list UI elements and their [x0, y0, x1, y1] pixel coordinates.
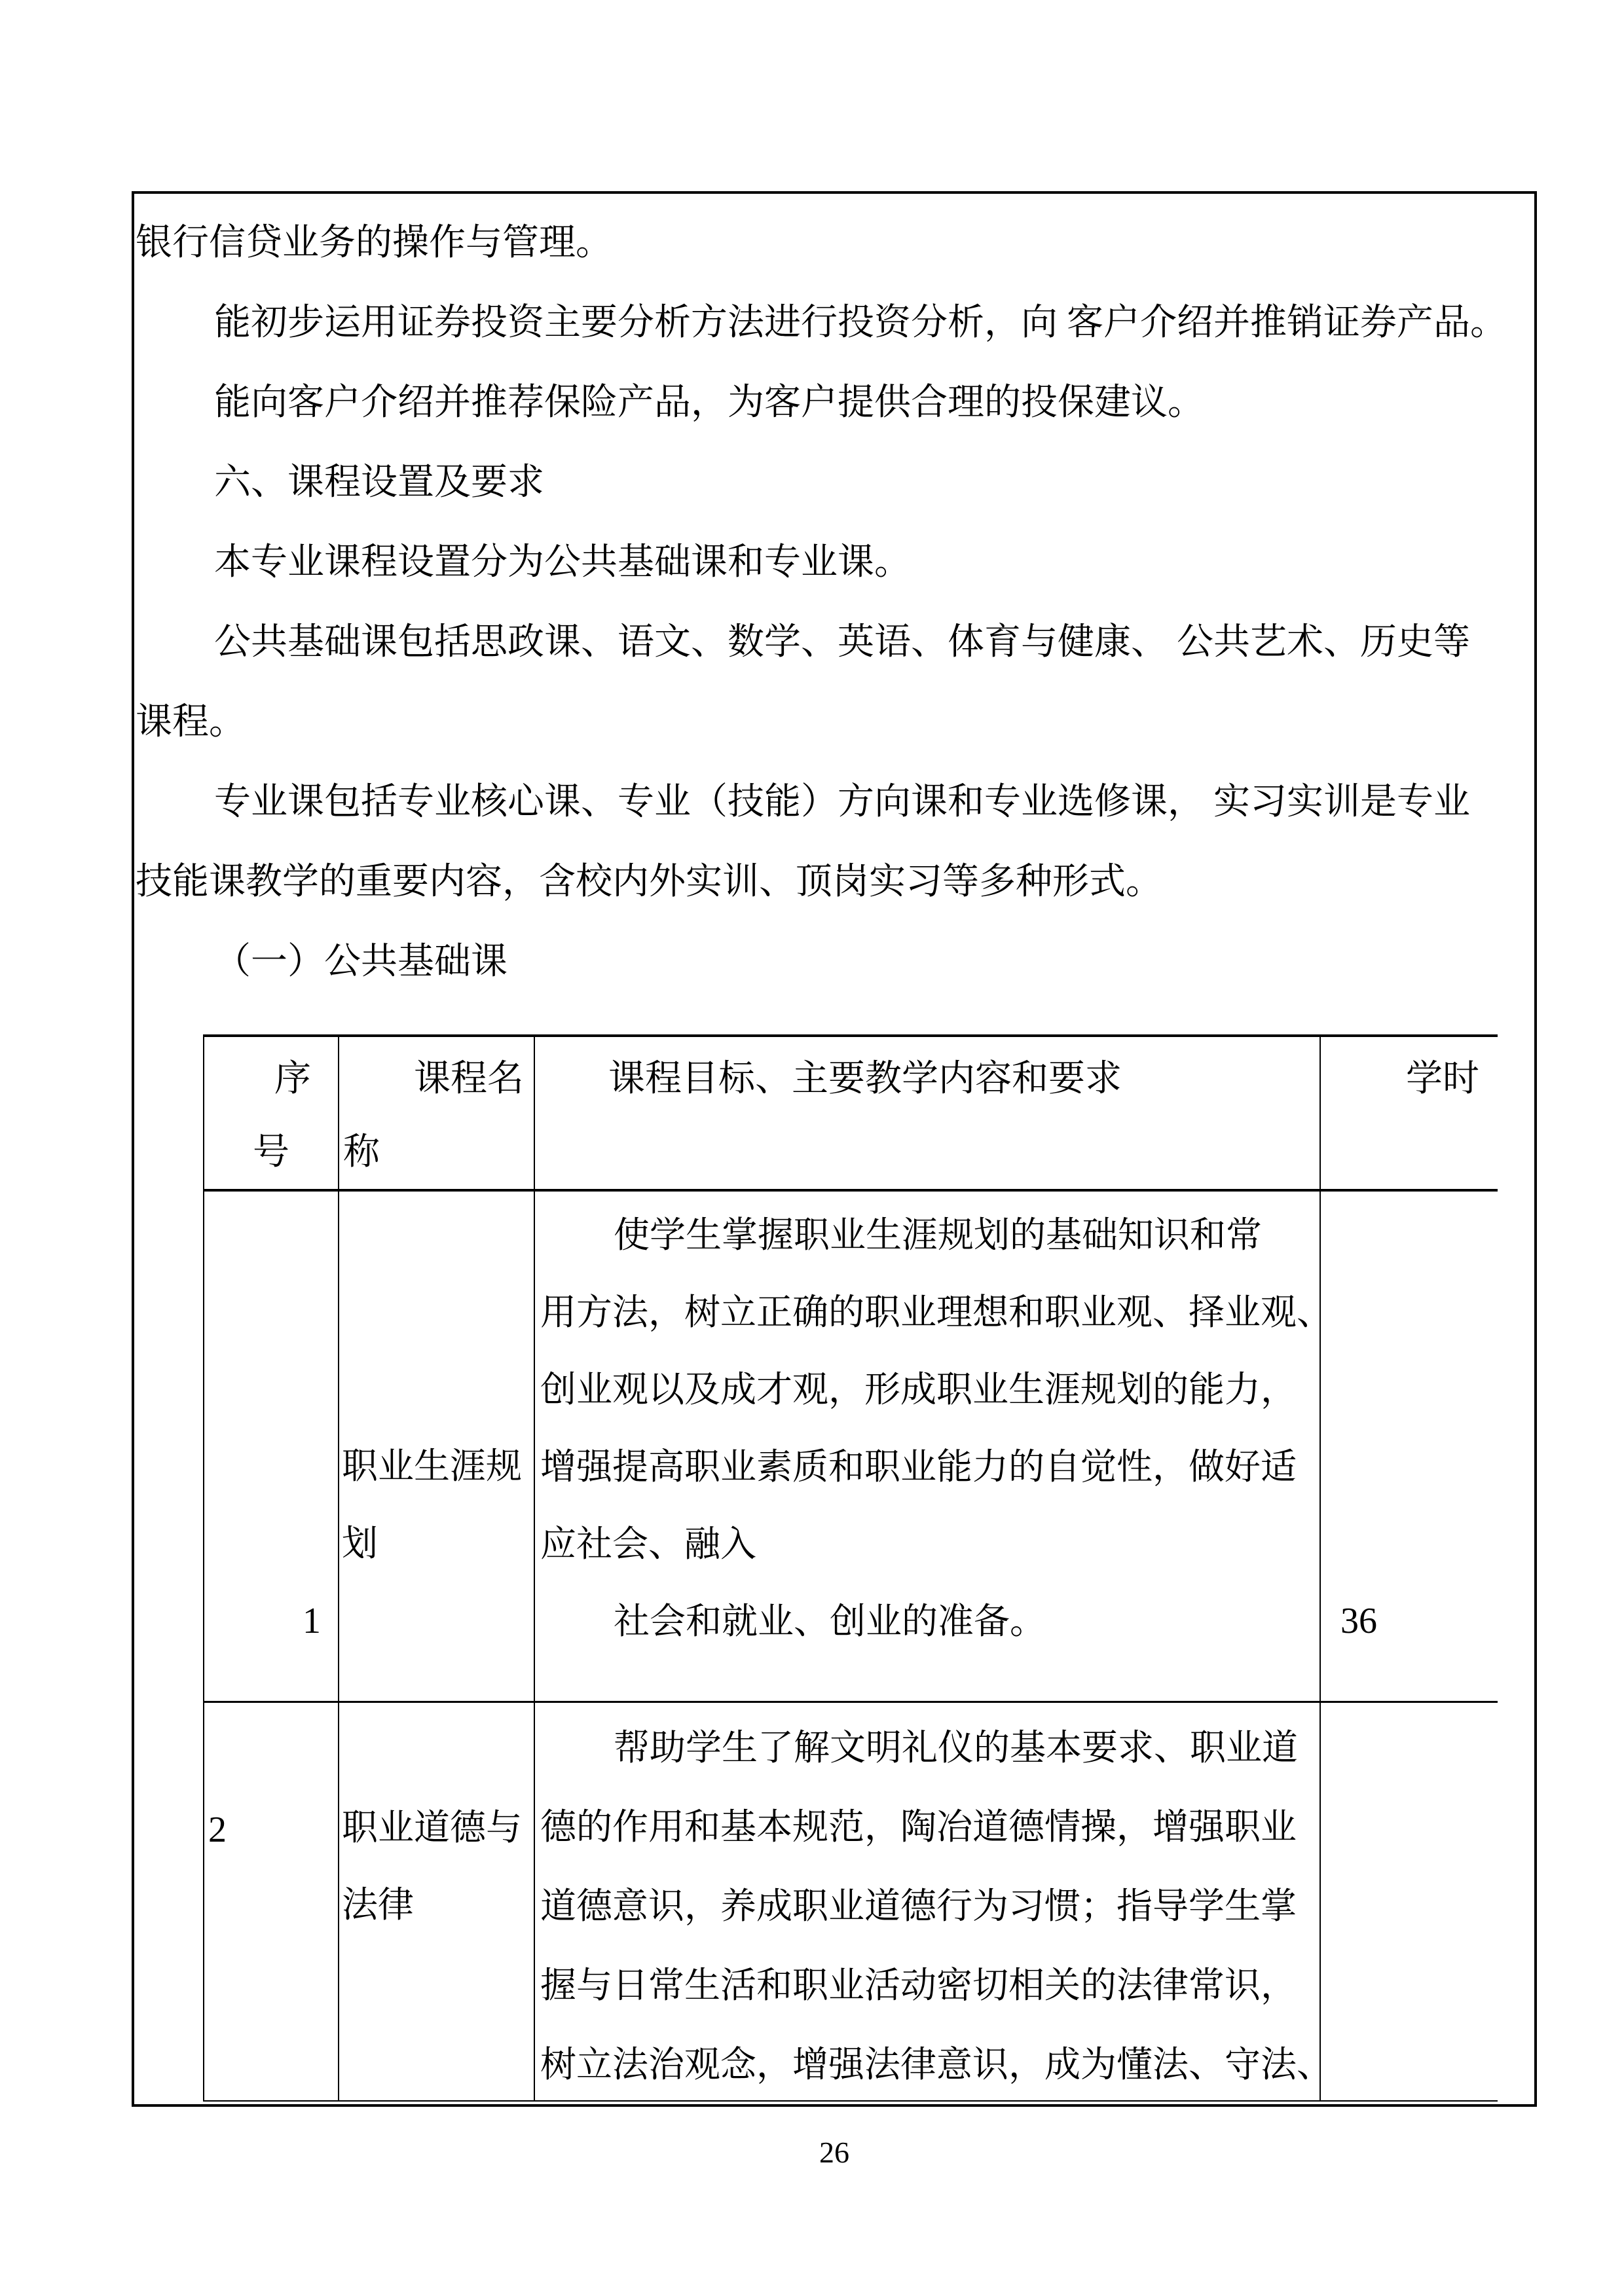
header-cell-seq: 序 号	[204, 1036, 339, 1190]
table-row-1: 1 职业生涯规 划 使学生掌握职业生涯规划的基础知识和常 用方法，树立正确的职业…	[204, 1190, 1498, 1702]
header-cell-hours: 学时	[1320, 1036, 1498, 1190]
row1-cell-course-name: 职业生涯规 划	[339, 1190, 534, 1702]
row2-cell-seq: 2	[204, 1702, 339, 2102]
body-text-block: 银行信贷业务的操作与管理。 能初步运用证券投资主要分析方法进行投资分析，向 客户…	[136, 196, 1534, 1002]
page-number: 26	[132, 2133, 1537, 2172]
body-line: 本专业课程设置分为公共基础课和专业课。	[136, 522, 1534, 602]
body-line: 银行信贷业务的操作与管理。	[136, 203, 1534, 283]
hours-value: 36	[1321, 1192, 1498, 1641]
row2-cell-hours	[1320, 1702, 1498, 2102]
body-line: 公共基础课包括思政课、语文、数学、英语、体育与健康、 公共艺术、历史等	[136, 602, 1534, 682]
course-name-line: 法律	[342, 1867, 534, 1944]
table-row-2: 2 职业道德与 法律 帮助学生了解文明礼仪的基本要求、职业道 德的作用和基本规范…	[204, 1702, 1498, 2102]
objective-line: 握与日常生活和职业活动密切相关的法律常识，	[540, 1946, 1316, 2025]
objective-line: 使学生掌握职业生涯规划的基础知识和常	[540, 1197, 1316, 1274]
objective-line: 帮助学生了解文明礼仪的基本要求、职业道	[540, 1708, 1316, 1787]
course-name-line: 职业生涯规	[342, 1428, 534, 1505]
course-name-line: 职业道德与	[342, 1789, 534, 1867]
header-name-line: 课程名	[343, 1042, 534, 1116]
header-hours-label: 学时	[1321, 1042, 1498, 1116]
row1-cell-hours: 36	[1320, 1190, 1498, 1702]
hours-value	[1321, 1703, 1498, 2102]
objective-line: 树立法治观念，增强法律意识，成为懂法、守法、	[540, 2025, 1316, 2102]
course-name-line: 划	[342, 1505, 534, 1582]
row1-cell-objective: 使学生掌握职业生涯规划的基础知识和常 用方法，树立正确的职业理想和职业观、择业观…	[534, 1190, 1320, 1702]
header-cell-objective: 课程目标、主要教学内容和要求	[534, 1036, 1320, 1190]
body-line: 专业课包括专业核心课、专业（技能）方向课和专业选修课， 实习实训是专业	[136, 762, 1534, 842]
header-seq-line: 号	[204, 1116, 338, 1189]
header-seq-line: 序	[226, 1042, 339, 1116]
objective-line: 创业观以及成才观，形成职业生涯规划的能力，	[540, 1351, 1316, 1429]
body-line: 能初步运用证券投资主要分析方法进行投资分析，向 客户介绍并推销证券产品。	[136, 283, 1534, 363]
body-line-subsection-heading: （一）公共基础课	[136, 922, 1534, 1002]
objective-line: 增强提高职业素质和职业能力的自觉性，做好适	[540, 1429, 1316, 1506]
body-line: 技能课教学的重要内容，含校内外实训、顶岗实习等多种形式。	[136, 842, 1534, 922]
objective-line: 用方法，树立正确的职业理想和职业观、择业观、	[540, 1274, 1316, 1351]
objective-line: 社会和就业、创业的准备。	[540, 1583, 1316, 1660]
table-header-row: 序 号 课程名 称 课程目标、主要教学内容和要求	[204, 1036, 1498, 1190]
header-cell-course-name: 课程名 称	[339, 1036, 534, 1190]
document-page: 银行信贷业务的操作与管理。 能初步运用证券投资主要分析方法进行投资分析，向 客户…	[0, 0, 1624, 2296]
body-line-section-heading: 六、课程设置及要求	[136, 443, 1534, 522]
body-line: 能向客户介绍并推荐保险产品，为客户提供合理的投保建议。	[136, 363, 1534, 443]
header-name-line: 称	[343, 1116, 534, 1189]
objective-line: 德的作用和基本规范，陶冶道德情操，增强职业	[540, 1787, 1316, 1867]
row-number: 2	[204, 1703, 338, 1850]
objective-line: 应社会、融入	[540, 1506, 1316, 1583]
row2-cell-course-name: 职业道德与 法律	[339, 1702, 534, 2102]
row-number: 1	[204, 1192, 338, 1641]
objective-line: 道德意识，养成职业道德行为习惯；指导学生掌	[540, 1867, 1316, 1946]
row2-cell-objective: 帮助学生了解文明礼仪的基本要求、职业道 德的作用和基本规范，陶冶道德情操，增强职…	[534, 1702, 1320, 2102]
row1-cell-seq: 1	[204, 1190, 339, 1702]
body-line: 课程。	[136, 682, 1534, 762]
header-objective-label: 课程目标、主要教学内容和要求	[540, 1042, 1319, 1116]
course-table: 序 号 课程名 称 课程目标、主要教学内容和要求	[203, 1034, 1498, 2102]
